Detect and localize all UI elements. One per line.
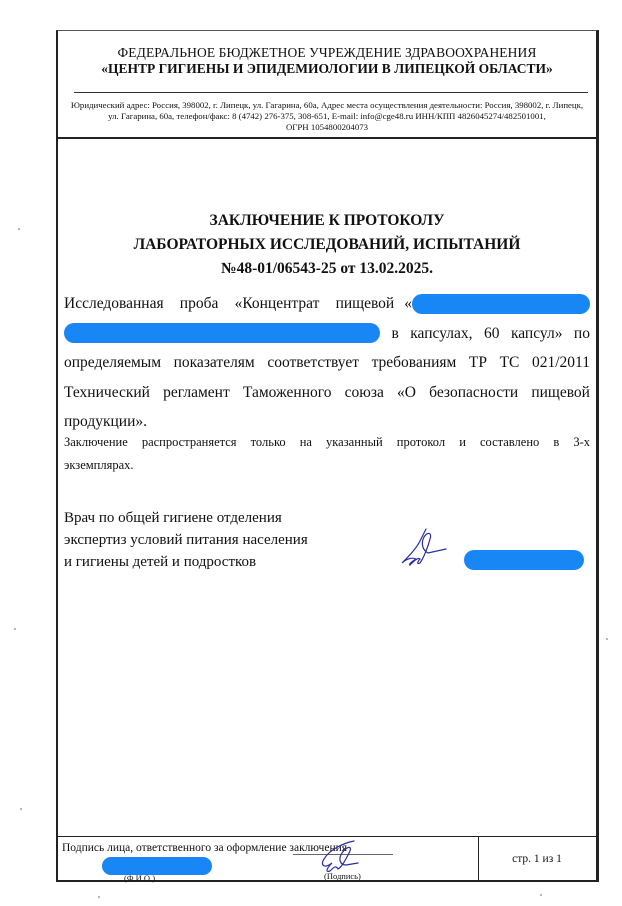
fio-caption: (Ф.И.О.) [124, 873, 155, 883]
body-word: пищевой [531, 378, 590, 408]
body-word: капсулах, [410, 319, 472, 349]
signer-position: Врач по общей гигиене отделения эксперти… [64, 507, 308, 573]
body-word: 60 [484, 319, 500, 349]
title-line2: ЛАБОРАТОРНЫХ ИССЛЕДОВАНИЙ, ИСПЫТАНИЙ [58, 233, 596, 257]
address-line3: ОГРН 1054800204073 [62, 122, 592, 133]
footer: Подпись лица, ответственного за оформлен… [58, 836, 596, 880]
redacted-product-name-part2 [64, 323, 380, 343]
conclusion-body: Исследованная проба «Концентрат пищевой … [64, 289, 590, 437]
scan-speck [606, 638, 608, 640]
scan-speck [20, 808, 22, 810]
signature-icon [398, 527, 448, 567]
body-word: Исследованная [64, 289, 164, 319]
body-word: по [574, 319, 590, 349]
body-line-4: Технический регламент Таможенного союза … [64, 378, 590, 408]
org-name-line2: «ЦЕНТР ГИГИЕНЫ И ЭПИДЕМИОЛОГИИ В ЛИПЕЦКО… [58, 61, 596, 77]
note-word: в [553, 431, 559, 454]
title-protocol-number: №48-01/06543-25 от 13.02.2025. [58, 257, 596, 281]
scan-speck [540, 894, 542, 896]
body-word: капсул» [511, 319, 563, 349]
footer-signature-icon [310, 839, 360, 875]
body-word: ТР [469, 348, 487, 378]
organization-header: ФЕДЕРАЛЬНОЕ БЮДЖЕТНОЕ УЧРЕЖДЕНИЕ ЗДРАВОО… [58, 45, 596, 77]
note-word: и [459, 431, 466, 454]
body-segment: пищевой « [336, 289, 590, 319]
header-divider [74, 92, 588, 93]
body-word: проба [180, 289, 219, 319]
body-word: пищевой [336, 289, 395, 319]
note-word: только [251, 431, 286, 454]
note-word: Заключение [64, 431, 128, 454]
signer-line1: Врач по общей гигиене отделения [64, 507, 308, 529]
redacted-responsible-name [102, 857, 212, 875]
note-word: на [300, 431, 312, 454]
address-line1: Юридический адрес: Россия, 398002, г. Ли… [62, 100, 592, 111]
body-word: ТС [500, 348, 520, 378]
page-number-text: стр. 1 из 1 [512, 853, 562, 865]
body-word: союза [345, 378, 384, 408]
scan-speck [14, 628, 16, 630]
signature-caption: (Подпись) [324, 871, 361, 881]
signer-line3: и гигиены детей и подростков [64, 551, 308, 573]
body-line-3: определяемым показателям соответствует т… [64, 348, 590, 378]
body-line-2: в капсулах, 60 капсул» по [64, 319, 590, 349]
body-line-1: Исследованная проба «Концентрат пищевой … [64, 289, 590, 319]
note-word: протокол [397, 431, 445, 454]
body-word: требованиям [372, 348, 457, 378]
body-word: соответствует [267, 348, 359, 378]
page-number: стр. 1 из 1 [478, 837, 596, 880]
body-word: определяемым [64, 348, 161, 378]
note-word: 3-х [573, 431, 590, 454]
note-word: составлено [480, 431, 539, 454]
title-line1: ЗАКЛЮЧЕНИЕ К ПРОТОКОЛУ [58, 209, 596, 233]
body-word: 021/2011 [532, 348, 590, 378]
redacted-product-name-part1 [412, 294, 590, 314]
body-word: Технический [64, 378, 150, 408]
body-word: «О [397, 378, 416, 408]
document-frame: ФЕДЕРАЛЬНОЕ БЮДЖЕТНОЕ УЧРЕЖДЕНИЕ ЗДРАВОО… [56, 30, 599, 882]
note-line-1: Заключение распространяется только на ук… [64, 431, 590, 454]
note-word: указанный [326, 431, 383, 454]
body-word: «Концентрат [235, 289, 320, 319]
address-divider [58, 137, 596, 139]
address-line2: ул. Гагарина, 60а, телефон/факс: 8 (4742… [62, 111, 592, 122]
scope-note: Заключение распространяется только на ук… [64, 431, 590, 477]
org-name-line1: ФЕДЕРАЛЬНОЕ БЮДЖЕТНОЕ УЧРЕЖДЕНИЕ ЗДРАВОО… [58, 45, 596, 61]
scan-speck [98, 896, 100, 898]
body-word: в [391, 319, 398, 349]
scan-speck [18, 228, 20, 230]
footer-signature-label: Подпись лица, ответственного за оформлен… [62, 842, 347, 854]
body-word: безопасности [429, 378, 518, 408]
body-segment: « [404, 289, 590, 319]
body-word: показателям [174, 348, 255, 378]
redacted-signer-name [464, 550, 584, 570]
body-word: регламент [163, 378, 230, 408]
document-title: ЗАКЛЮЧЕНИЕ К ПРОТОКОЛУ ЛАБОРАТОРНЫХ ИССЛ… [58, 209, 596, 281]
organization-address: Юридический адрес: Россия, 398002, г. Ли… [62, 100, 592, 133]
note-line-2: экземплярах. [64, 454, 590, 477]
body-word: Таможенного [243, 378, 332, 408]
signer-line2: экспертиз условий питания населения [64, 529, 308, 551]
note-word: распространяется [142, 431, 237, 454]
body-word: « [404, 289, 412, 319]
